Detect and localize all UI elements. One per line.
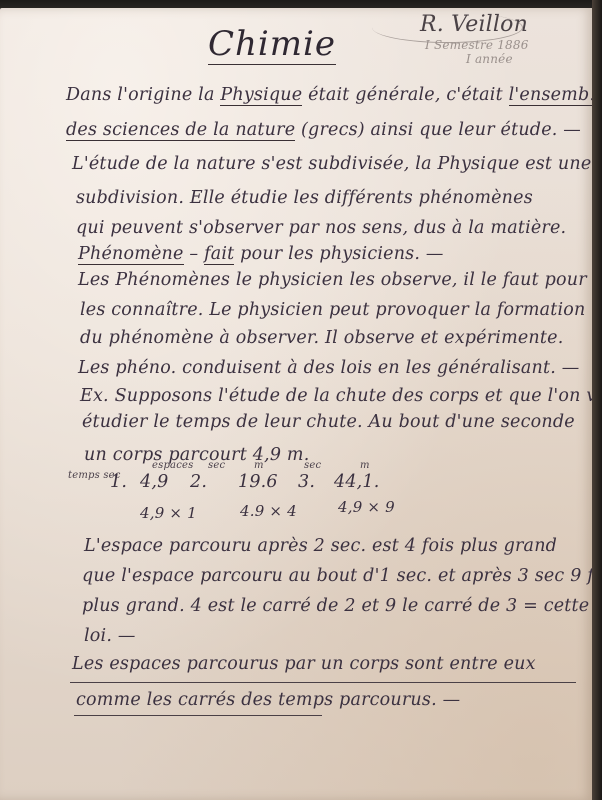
text-line-11: Ex. Supposons l'étude de la chute des co… [80,386,602,406]
conclusion-line-1: L'espace parcouru après 2 sec. est 4 foi… [84,536,557,556]
table-time-1: 1. [110,472,127,492]
text-line-2: des sciences de la nature (grecs) ainsi … [66,120,581,140]
table-col-label: espaces [152,460,193,471]
text-line-4: subdivision. Elle étudie les différents … [76,188,533,208]
underlined-term-physique: Physique [220,85,302,106]
conclusion-line-4: loi. — [84,626,136,646]
conclusion-line-3: plus grand. 4 est le carré de 2 et 9 le … [82,596,589,616]
conclusion-line-2: que l'espace parcouru au bout d'1 sec. e… [82,566,602,586]
text-line-7: Les Phénomènes le physicien les observe,… [78,270,587,290]
underlined-term-fait: fait [204,244,234,265]
law-underline-1 [70,682,576,683]
scanned-page: R. Veillon I Semestre 1886 I année Chimi… [0,0,602,800]
text-segment: était générale, c'était [302,85,508,105]
text-line-5: qui peuvent s'observer par nos sens, dus… [76,218,566,238]
paper-sheet: R. Veillon I Semestre 1886 I année Chimi… [0,8,593,800]
text-line-13: un corps parcourt 4,9 m. [84,445,309,465]
scan-right-edge [592,0,602,800]
text-line-8: les connaître. Le physicien peut provoqu… [80,300,586,320]
table-time-2: 2. [190,472,207,492]
text-line-6: Phénomène – fait pour les physiciens. — [78,244,444,264]
table-formula-3: 4,9 × 9 [338,498,395,516]
table-space-2: 19.6 [238,472,278,492]
text-segment: (grecs) ainsi que leur étude. — [295,120,581,140]
text-line-1: Dans l'origine la Physique était général… [66,85,595,105]
text-segment: Dans l'origine la [66,85,220,105]
underlined-term-sciences: des sciences de la nature [66,120,295,141]
unit-sec-1: sec [208,460,225,471]
table-space-1: 4,9 [140,472,168,492]
page-title: Chimie [208,24,336,65]
unit-m-2: m [360,460,370,471]
owner-note-semester: I Semestre 1886 [425,38,529,52]
underlined-term-phenomene: Phénomène [78,244,184,265]
table-time-3: 3. [298,472,315,492]
text-segment: – [184,244,204,264]
table-formula-2: 4.9 × 4 [240,502,297,520]
table-formula-1: 4,9 × 1 [140,504,197,522]
table-space-3: 44,1. [334,472,380,492]
law-line-1: Les espaces parcourus par un corps sont … [72,654,536,674]
unit-m-1: m [254,460,264,471]
text-line-3: L'étude de la nature s'est subdivisée, l… [72,154,591,174]
unit-sec-2: sec [304,460,321,471]
text-segment: pour les physiciens. — [234,244,443,264]
text-line-10: Les phéno. conduisent à des lois en les … [78,358,579,378]
text-line-9: du phénomène à observer. Il observe et e… [80,328,563,348]
underlined-term-ensemble: l'ensemb. [509,85,596,106]
law-line-2: comme les carrés des temps parcourus. — [76,690,460,710]
text-line-12: étudier le temps de leur chute. Au bout … [82,412,575,432]
law-underline-2 [74,715,322,716]
owner-note-year: I année [466,52,513,66]
